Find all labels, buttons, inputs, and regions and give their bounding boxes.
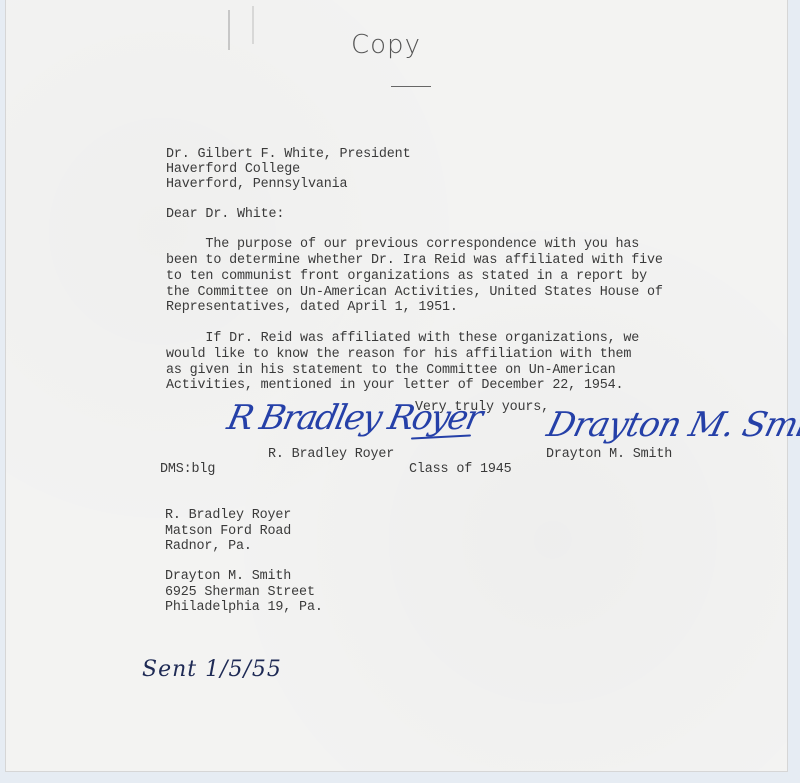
signature-smith: Drayton M. Smith bbox=[543, 405, 800, 445]
signature-royer: R Bradley Royer bbox=[224, 398, 485, 438]
sender-1-city: Radnor, Pa. bbox=[165, 539, 252, 555]
paragraph-2-line-3: as given in his statement to the Committ… bbox=[166, 363, 616, 379]
paragraph-2-line-4: Activities, mentioned in your letter of … bbox=[166, 378, 623, 394]
sender-2-city: Philadelphia 19, Pa. bbox=[165, 600, 323, 616]
handwritten-copy-label: Copy bbox=[351, 30, 421, 60]
copy-underline bbox=[391, 86, 431, 87]
typist-initials: DMS:blg bbox=[160, 462, 215, 478]
paragraph-1-line-5: Representatives, dated April 1, 1951. bbox=[166, 300, 458, 316]
recipient-name: Dr. Gilbert F. White, President bbox=[166, 147, 410, 163]
recipient-institution: Haverford College bbox=[166, 162, 300, 178]
paragraph-1-line-2: been to determine whether Dr. Ira Reid w… bbox=[166, 253, 663, 269]
typed-name-smith: Drayton M. Smith bbox=[546, 447, 672, 463]
sender-2-street: 6925 Sherman Street bbox=[165, 585, 315, 601]
fold-mark bbox=[228, 10, 230, 50]
recipient-location: Haverford, Pennsylvania bbox=[166, 177, 347, 193]
sender-1-name: R. Bradley Royer bbox=[165, 508, 291, 524]
letter-page: Copy Dr. Gilbert F. White, President Hav… bbox=[6, 0, 787, 771]
handwritten-sent-note: Sent 1/5/55 bbox=[142, 657, 282, 682]
typed-name-royer: R. Bradley Royer bbox=[268, 447, 394, 463]
paragraph-2-line-1: If Dr. Reid was affiliated with these or… bbox=[166, 331, 639, 347]
paragraph-1-line-4: the Committee on Un-American Activities,… bbox=[166, 285, 663, 301]
paragraph-2-line-2: would like to know the reason for his af… bbox=[166, 347, 631, 363]
paragraph-1-line-1: The purpose of our previous corresponden… bbox=[166, 237, 639, 253]
salutation: Dear Dr. White: bbox=[166, 207, 284, 223]
sender-1-street: Matson Ford Road bbox=[165, 524, 291, 540]
class-line: Class of 1945 bbox=[409, 462, 512, 478]
fold-mark bbox=[252, 6, 254, 44]
sender-2-name: Drayton M. Smith bbox=[165, 569, 291, 585]
paragraph-1-line-3: to ten communist front organizations as … bbox=[166, 269, 647, 285]
